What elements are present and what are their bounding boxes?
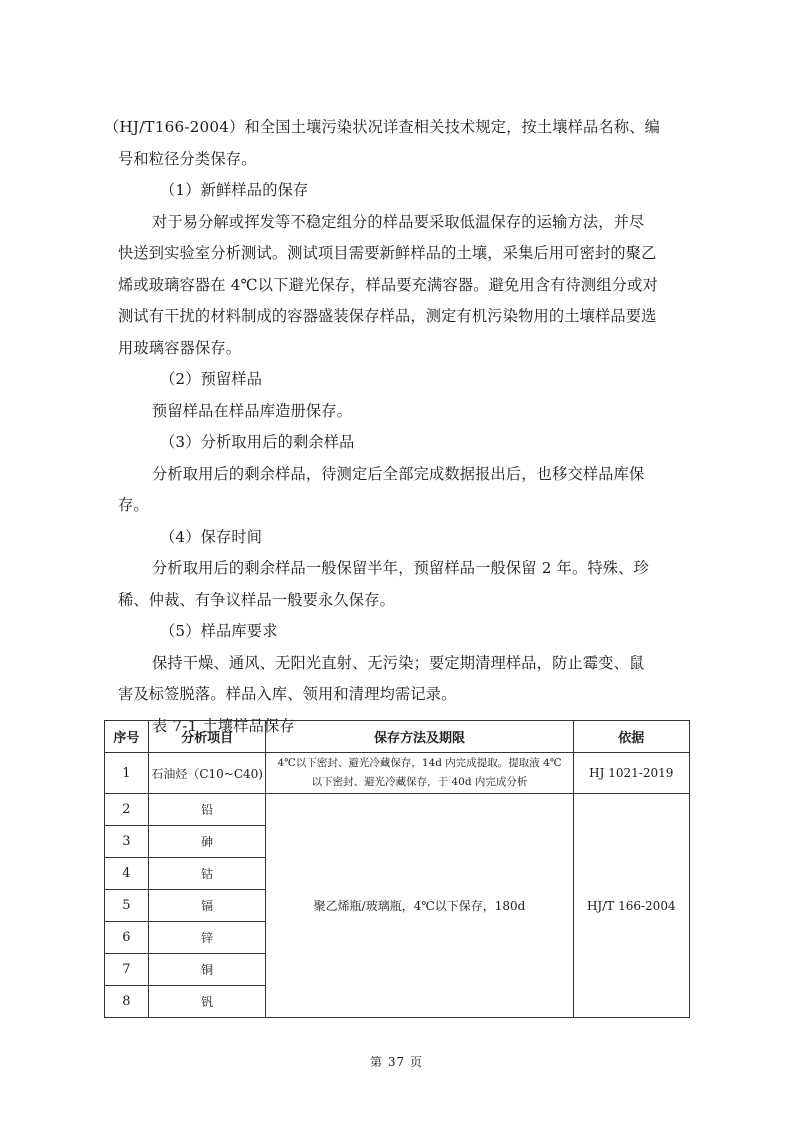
- cell-no: 8: [105, 986, 149, 1018]
- text-line: 测试有干扰的材料制成的容器盛装保存样品，测定有机污染物用的土壤样品要选: [118, 301, 688, 333]
- cell-no: 4: [105, 858, 149, 890]
- cell-method-merged: 聚乙烯瓶/玻璃瓶，4℃以下保存，180d: [266, 794, 573, 1018]
- cell-item: 铜: [148, 954, 266, 986]
- text-line: 害及标签脱落。样品入库、领用和清理均需记录。: [118, 679, 688, 711]
- cell-no: 6: [105, 922, 149, 954]
- text-line: （HJ/T166-2004）和全国土壤污染状况详查相关技术规定，按土壤样品名称、…: [104, 112, 688, 144]
- method-line: 4℃以下密封、避光冷藏保存，14d 内完成提取。提取液 4℃: [266, 754, 572, 773]
- cell-item: 铅: [148, 794, 266, 826]
- cell-no: 2: [105, 794, 149, 826]
- cell-no: 5: [105, 890, 149, 922]
- table-row: 2 铅 聚乙烯瓶/玻璃瓶，4℃以下保存，180d HJ/T 166-2004: [105, 794, 690, 826]
- cell-item: 钴: [148, 858, 266, 890]
- header-item: 分析项目: [148, 721, 266, 753]
- subheading-fresh-samples: （1）新鲜样品的保存: [118, 175, 688, 207]
- header-method: 保存方法及期限: [266, 721, 573, 753]
- text-line: 对于易分解或挥发等不稳定组分的样品要采取低温保存的运输方法，并尽: [118, 207, 688, 239]
- cell-item: 锌: [148, 922, 266, 954]
- cell-basis: HJ 1021-2019: [573, 753, 689, 794]
- cell-basis-merged: HJ/T 166-2004: [573, 794, 689, 1018]
- cell-method: 4℃以下密封、避光冷藏保存，14d 内完成提取。提取液 4℃ 以下密封、避光冷藏…: [266, 753, 573, 794]
- table-header-row: 序号 分析项目 保存方法及期限 依据: [105, 721, 690, 753]
- body-text: （HJ/T166-2004）和全国土壤污染状况详查相关技术规定，按土壤样品名称、…: [118, 112, 688, 742]
- text-line: 存。: [118, 490, 688, 522]
- cell-no: 3: [105, 826, 149, 858]
- cell-item: 砷: [148, 826, 266, 858]
- text-line: 稀、仲裁、有争议样品一般要永久保存。: [118, 585, 688, 617]
- header-basis: 依据: [573, 721, 689, 753]
- method-line: 以下密封、避光冷藏保存，于 40d 内完成分析: [266, 773, 572, 792]
- soil-sample-storage-table: 序号 分析项目 保存方法及期限 依据 1 石油烃（C10~C40) 4℃以下密封…: [104, 720, 690, 1018]
- cell-no: 1: [105, 753, 149, 794]
- text-line: 快送到实验室分析测试。测试项目需要新鲜样品的土壤，采集后用可密封的聚乙: [118, 238, 688, 270]
- text-line: 预留样品在样品库造册保存。: [118, 396, 688, 428]
- text-line: 分析取用后的剩余样品一般保留半年，预留样品一般保留 2 年。特殊、珍: [118, 553, 688, 585]
- cell-item: 钒: [148, 986, 266, 1018]
- text-line: 用玻璃容器保存。: [118, 333, 688, 365]
- subheading-reserved-samples: （2）预留样品: [118, 364, 688, 396]
- page-number: 第 37 页: [0, 1053, 793, 1070]
- document-page: （HJ/T166-2004）和全国土壤污染状况详查相关技术规定，按土壤样品名称、…: [0, 0, 793, 1122]
- cell-no: 7: [105, 954, 149, 986]
- text-line: 烯或玻璃容器在 4℃以下避光保存，样品要充满容器。避免用含有待测组分或对: [118, 270, 688, 302]
- text-line: 保持干燥、通风、无阳光直射、无污染；要定期清理样品，防止霉变、鼠: [118, 648, 688, 680]
- subheading-sample-library: （5）样品库要求: [118, 616, 688, 648]
- cell-item: 石油烃（C10~C40): [148, 753, 266, 794]
- table-row: 1 石油烃（C10~C40) 4℃以下密封、避光冷藏保存，14d 内完成提取。提…: [105, 753, 690, 794]
- subheading-storage-time: （4）保存时间: [118, 522, 688, 554]
- header-no: 序号: [105, 721, 149, 753]
- subheading-remaining-samples: （3）分析取用后的剩余样品: [118, 427, 688, 459]
- text-line: 分析取用后的剩余样品，待测定后全部完成数据报出后，也移交样品库保: [118, 459, 688, 491]
- text-line: 号和粒径分类保存。: [118, 144, 688, 176]
- cell-item: 镉: [148, 890, 266, 922]
